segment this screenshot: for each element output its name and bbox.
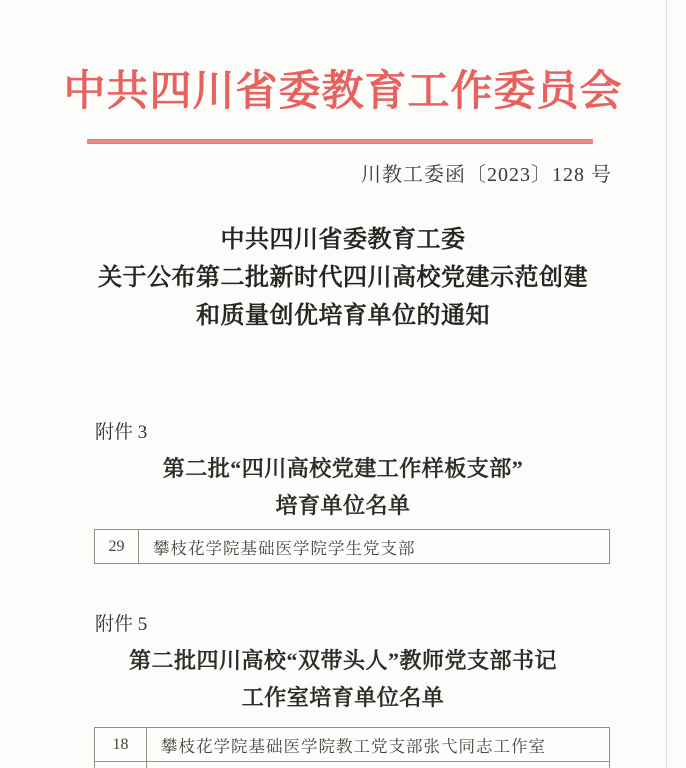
notice-title-line-3: 和质量创优培育单位的通知 <box>0 297 686 335</box>
notice-title: 中共四川省委教育工委 关于公布第二批新时代四川高校党建示范创建 和质量创优培育单… <box>0 221 686 335</box>
document-number: 川教工委函〔2023〕128 号 <box>0 158 612 187</box>
row-name-cell: 攀枝花学院基础医学院学生党支部 <box>139 530 609 563</box>
attachment-3-section-title: 第二批“四川高校党建工作样板支部” 培育单位名单 <box>0 450 686 524</box>
table-row: 18 攀枝花学院基础医学院教工党支部张弋同志工作室 <box>95 728 609 761</box>
document-page: 中共四川省委教育工作委员会 川教工委函〔2023〕128 号 中共四川省委教育工… <box>0 0 686 768</box>
attachment-3-label: 附件 3 <box>95 417 147 444</box>
agency-masthead-title: 中共四川省委教育工作委员会 <box>0 60 686 125</box>
notice-title-line-1: 中共四川省委教育工委 <box>0 221 686 259</box>
sample-branch-table: 29 攀枝花学院基础医学院学生党支部 <box>94 529 610 564</box>
attachment-5-title-line-1: 第二批四川高校“双带头人”教师党支部书记 <box>0 642 686 679</box>
row-name-cell <box>147 762 609 768</box>
attachment-3-title-line-2: 培育单位名单 <box>0 487 686 524</box>
attachment-5-title-line-2: 工作室培育单位名单 <box>0 679 686 716</box>
red-separator-rule <box>87 139 593 144</box>
row-number-cell <box>95 762 147 768</box>
attachment-5-section-title: 第二批四川高校“双带头人”教师党支部书记 工作室培育单位名单 <box>0 642 686 716</box>
attachment-5-label: 附件 5 <box>95 609 147 636</box>
table-row: 29 攀枝花学院基础医学院学生党支部 <box>95 530 609 563</box>
workroom-table: 18 攀枝花学院基础医学院教工党支部张弋同志工作室 <box>94 727 610 768</box>
attachment-3-title-line-1: 第二批“四川高校党建工作样板支部” <box>0 450 686 487</box>
table-row-partial <box>95 761 609 768</box>
notice-title-line-2: 关于公布第二批新时代四川高校党建示范创建 <box>0 259 686 297</box>
row-number-cell: 18 <box>95 728 147 761</box>
row-name-cell: 攀枝花学院基础医学院教工党支部张弋同志工作室 <box>147 728 609 761</box>
row-number-cell: 29 <box>95 530 139 563</box>
